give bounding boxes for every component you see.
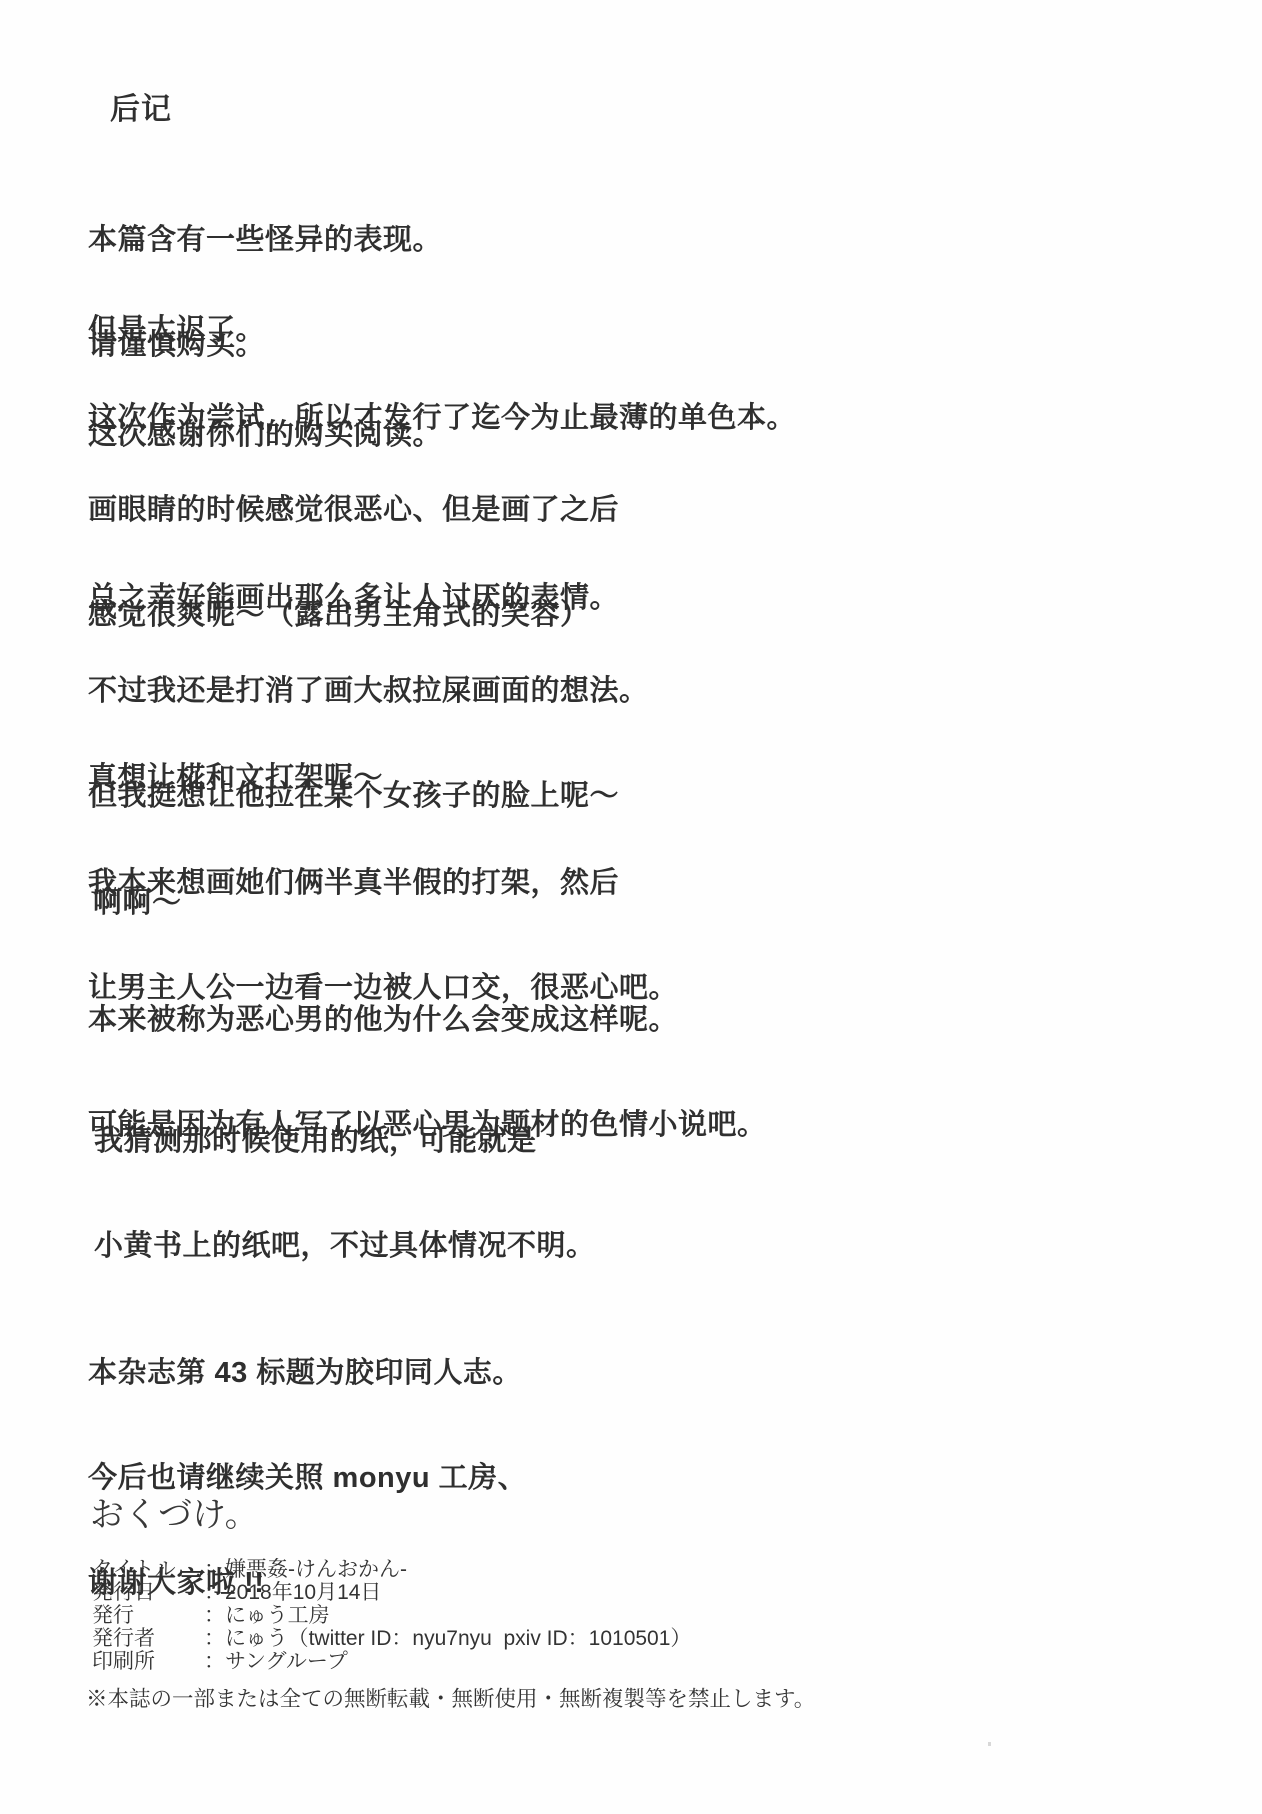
colophon-label: タイトル — [92, 1558, 204, 1581]
colophon-row-date: 発行日：2018年10月14日 — [92, 1581, 691, 1604]
colophon-row-author: 発行者：にゅう（twitter ID：nyu7nyu pxiv ID：10105… — [92, 1627, 691, 1650]
colophon-separator: ： — [204, 1581, 225, 1604]
colophon-label: 発行日 — [92, 1581, 204, 1604]
colophon-heading: おくづけ。 — [90, 1494, 259, 1536]
colophon-block: タイトル：嫌悪姦-けんおかん- 発行日：2018年10月14日 発行：にゅう工房… — [92, 1558, 691, 1673]
colophon-value: サングループ — [225, 1650, 348, 1673]
text-line: 小黄书上的纸吧，不过具体情况不明。 — [94, 1229, 596, 1264]
text-line: 今后也请继续关照 monyu 工房、 — [88, 1461, 527, 1496]
copyright-disclaimer: ※本誌の一部または全ての無断転載・無断使用・無断複製等を禁止します。 — [86, 1686, 815, 1712]
colophon-value: 2018年10月14日 — [225, 1581, 381, 1604]
colophon-separator: ： — [204, 1627, 225, 1650]
colophon-row-title: タイトル：嫌悪姦-けんおかん- — [92, 1558, 691, 1581]
afterword-page: 后记 本篇含有一些怪异的表现。 请谨慎购买。 但是太迟了。 这次感谢你们的购买阅… — [0, 0, 1262, 1814]
colophon-separator: ： — [204, 1650, 225, 1673]
colophon-value: 嫌悪姦-けんおかん- — [225, 1558, 407, 1581]
text-line: 本杂志第 43 标题为胶印同人志。 — [88, 1356, 527, 1391]
colophon-value: にゅう（twitter ID：nyu7nyu pxiv ID：1010501） — [225, 1627, 691, 1650]
colophon-label: 発行 — [92, 1604, 204, 1627]
text-line: 我猜测那时候使用的纸，可能就是 — [94, 1124, 596, 1159]
text-line: 本来被称为恶心男的他为什么会变成这样呢。 — [88, 1003, 767, 1038]
colophon-separator: ： — [204, 1558, 225, 1581]
text-line: 啊啊～ — [93, 886, 182, 921]
colophon-label: 印刷所 — [92, 1650, 204, 1673]
page-title: 后记 — [110, 92, 172, 128]
colophon-row-printer: 印刷所：サングループ — [92, 1650, 691, 1673]
scan-artifact — [988, 1742, 991, 1746]
colophon-row-publisher: 発行：にゅう工房 — [92, 1604, 691, 1627]
colophon-value: にゅう工房 — [225, 1604, 330, 1627]
colophon-separator: ： — [204, 1604, 225, 1627]
colophon-label: 発行者 — [92, 1627, 204, 1650]
text-line: 真想让椛和文打架呢～ — [88, 761, 678, 796]
